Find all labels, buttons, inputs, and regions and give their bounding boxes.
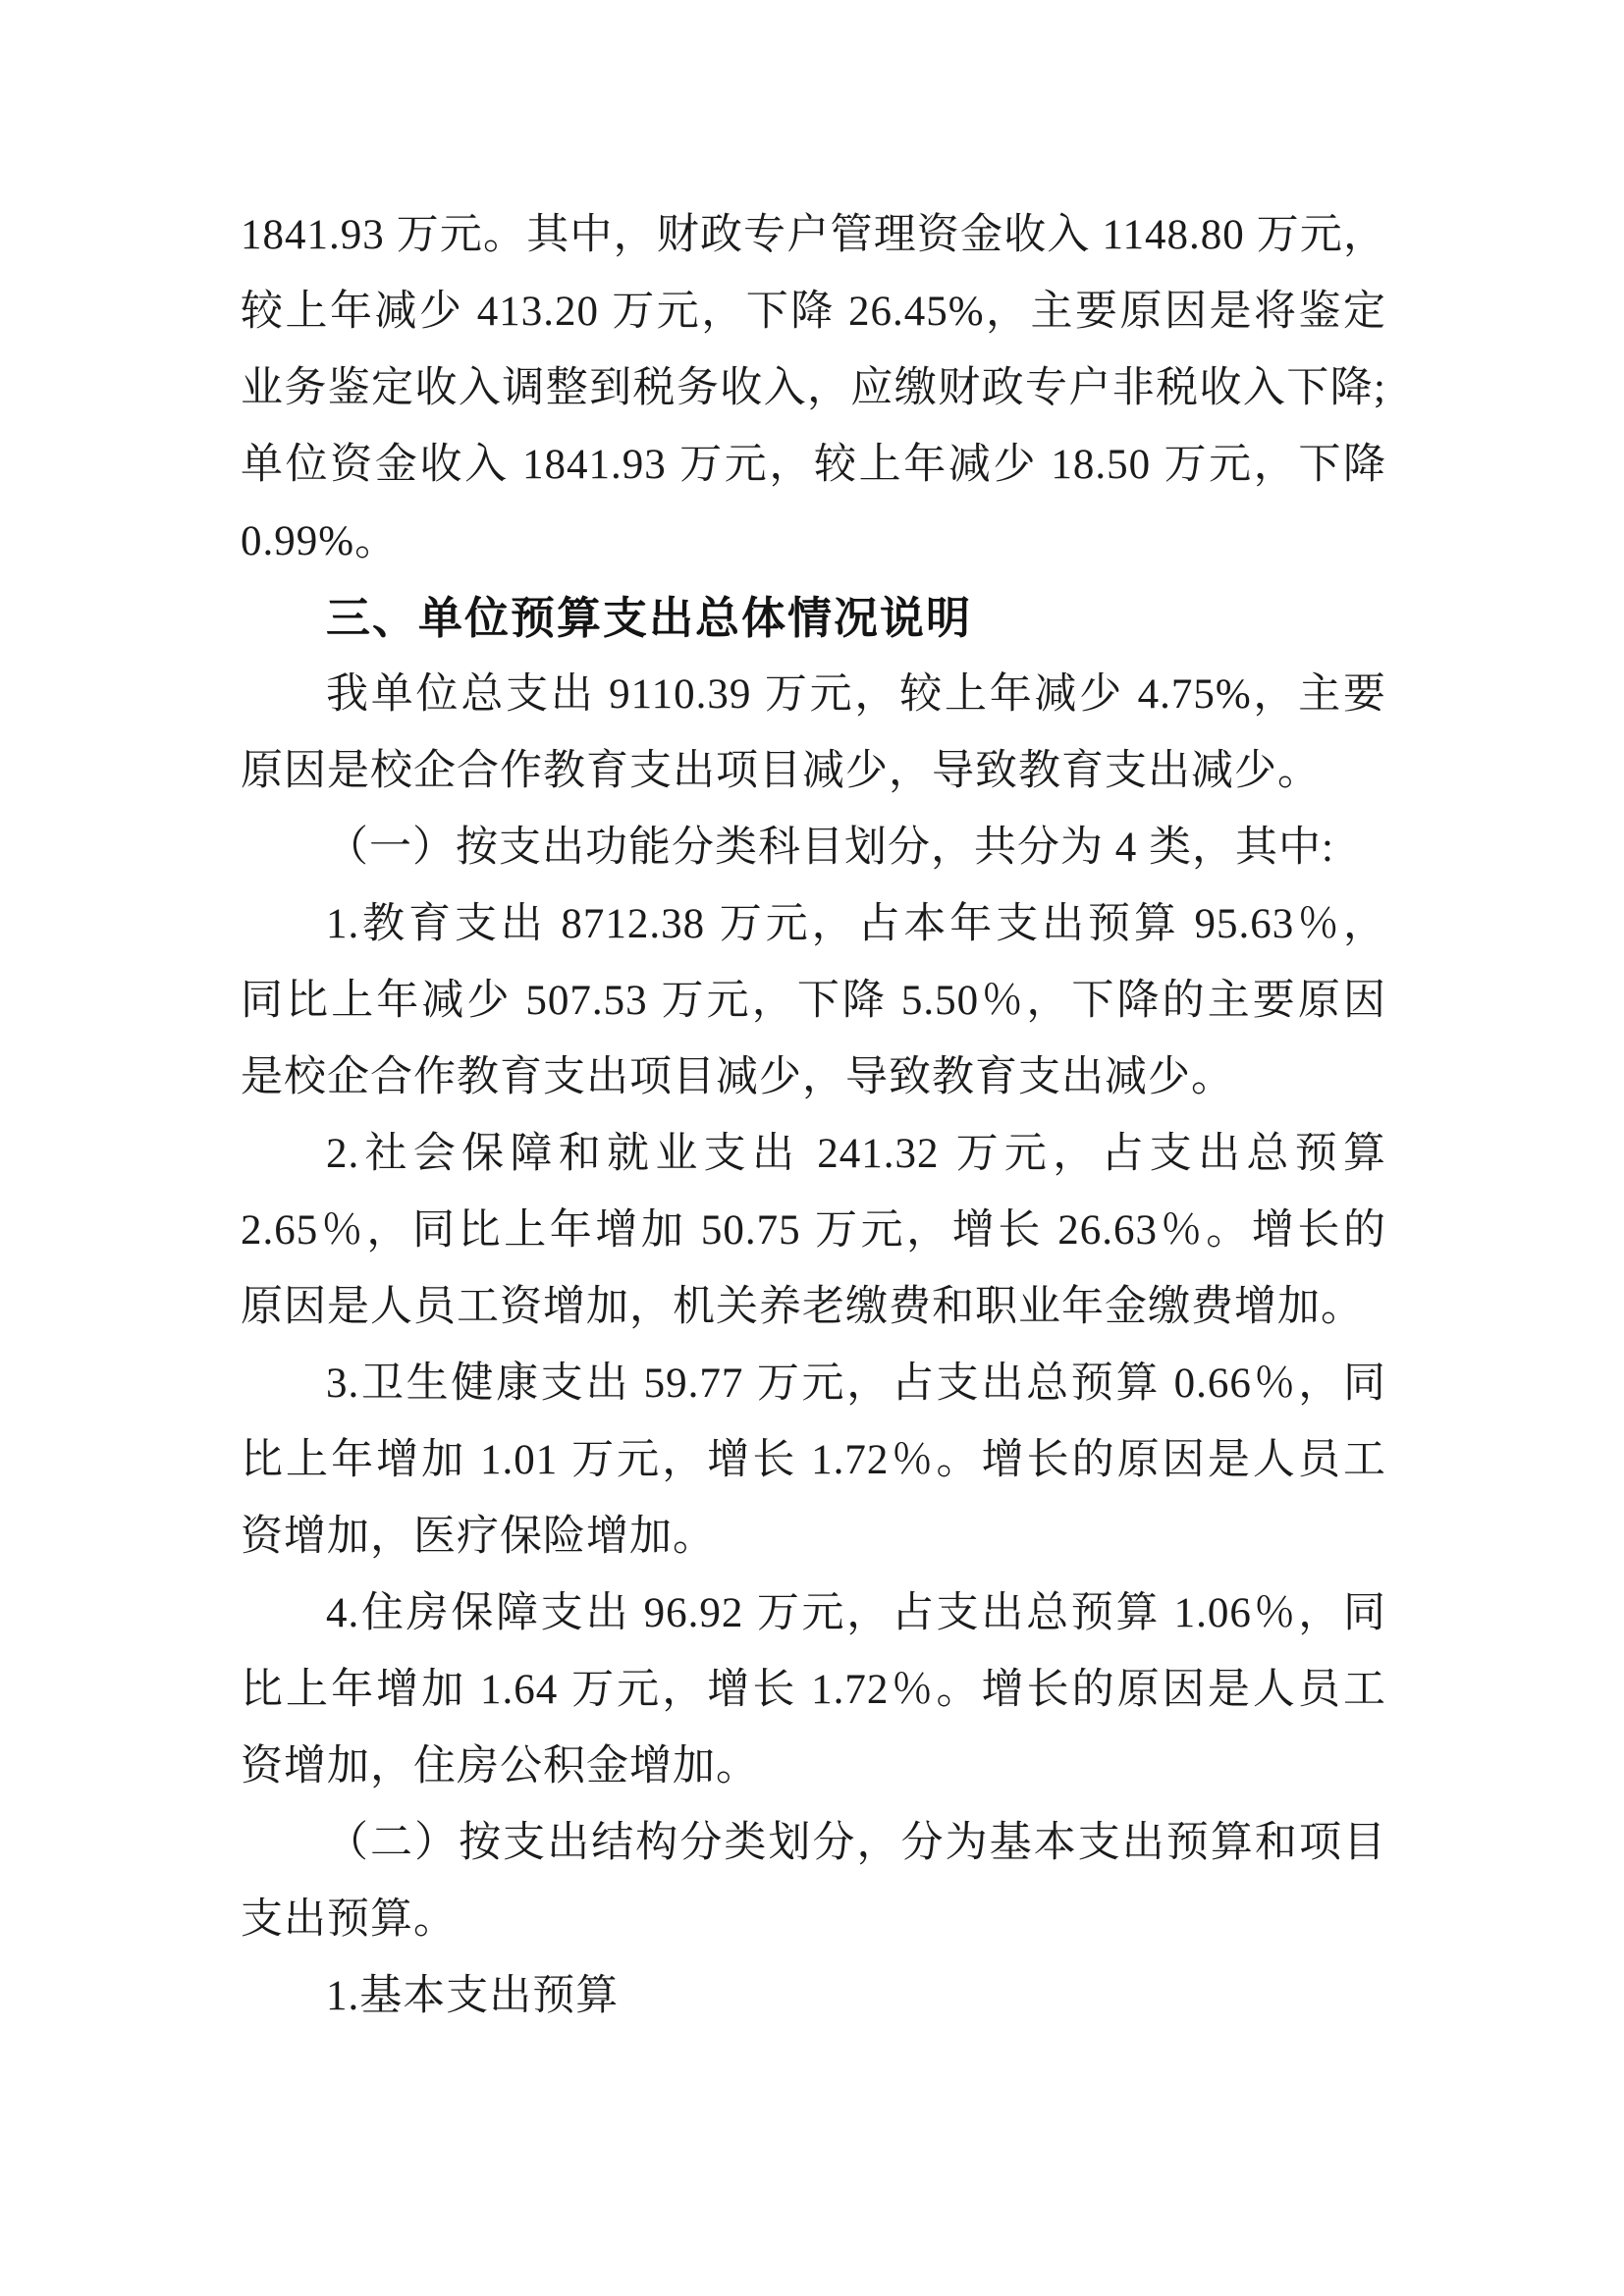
text-line: 我单位总支出 9110.39 万元，较上年减少 4.75%，主要 — [241, 657, 1386, 733]
section-heading: 三、单位预算支出总体情况说明 — [241, 580, 1386, 657]
text-line: （二）按支出结构分类划分，分为基本支出预算和项目 — [241, 1805, 1386, 1882]
text-line: 同比上年减少 507.53 万元，下降 5.50％，下降的主要原因 — [241, 963, 1386, 1040]
text-line: 1.基本支出预算 — [241, 1958, 1386, 2035]
text-line: 较上年减少 413.20 万元，下降 26.45%，主要原因是将鉴定 — [241, 274, 1386, 350]
text-line: （一）按支出功能分类科目划分，共分为 4 类，其中: — [241, 810, 1386, 886]
text-line: 4.住房保障支出 96.92 万元，占支出总预算 1.06％，同 — [241, 1575, 1386, 1652]
text-line: 业务鉴定收入调整到税务收入，应缴财政专户非税收入下降; — [241, 350, 1386, 427]
text-line: 1841.93 万元。其中，财政专户管理资金收入 1148.80 万元， — [241, 197, 1386, 274]
text-line: 单位资金收入 1841.93 万元，较上年减少 18.50 万元，下降 — [241, 427, 1386, 504]
text-line: 3.卫生健康支出 59.77 万元，占支出总预算 0.66％，同 — [241, 1346, 1386, 1422]
document-page: 1841.93 万元。其中，财政专户管理资金收入 1148.80 万元，较上年减… — [0, 0, 1624, 2296]
text-line: 2.65％，同比上年增加 50.75 万元，增长 26.63％。增长的 — [241, 1193, 1386, 1269]
document-text-block: 1841.93 万元。其中，财政专户管理资金收入 1148.80 万元，较上年减… — [241, 197, 1386, 2035]
text-line: 是校企合作教育支出项目减少，导致教育支出减少。 — [241, 1040, 1386, 1116]
text-line: 比上年增加 1.01 万元，增长 1.72％。增长的原因是人员工 — [241, 1422, 1386, 1499]
text-line: 0.99%。 — [241, 504, 1386, 580]
text-line: 1.教育支出 8712.38 万元，占本年支出预算 95.63％， — [241, 886, 1386, 963]
text-line: 2.社会保障和就业支出 241.32 万元，占支出总预算 — [241, 1116, 1386, 1193]
text-line: 原因是人员工资增加，机关养老缴费和职业年金缴费增加。 — [241, 1269, 1386, 1346]
text-line: 原因是校企合作教育支出项目减少，导致教育支出减少。 — [241, 733, 1386, 810]
text-line: 资增加，住房公积金增加。 — [241, 1729, 1386, 1805]
text-line: 比上年增加 1.64 万元，增长 1.72％。增长的原因是人员工 — [241, 1652, 1386, 1729]
text-line: 支出预算。 — [241, 1882, 1386, 1958]
text-line: 资增加，医疗保险增加。 — [241, 1499, 1386, 1575]
